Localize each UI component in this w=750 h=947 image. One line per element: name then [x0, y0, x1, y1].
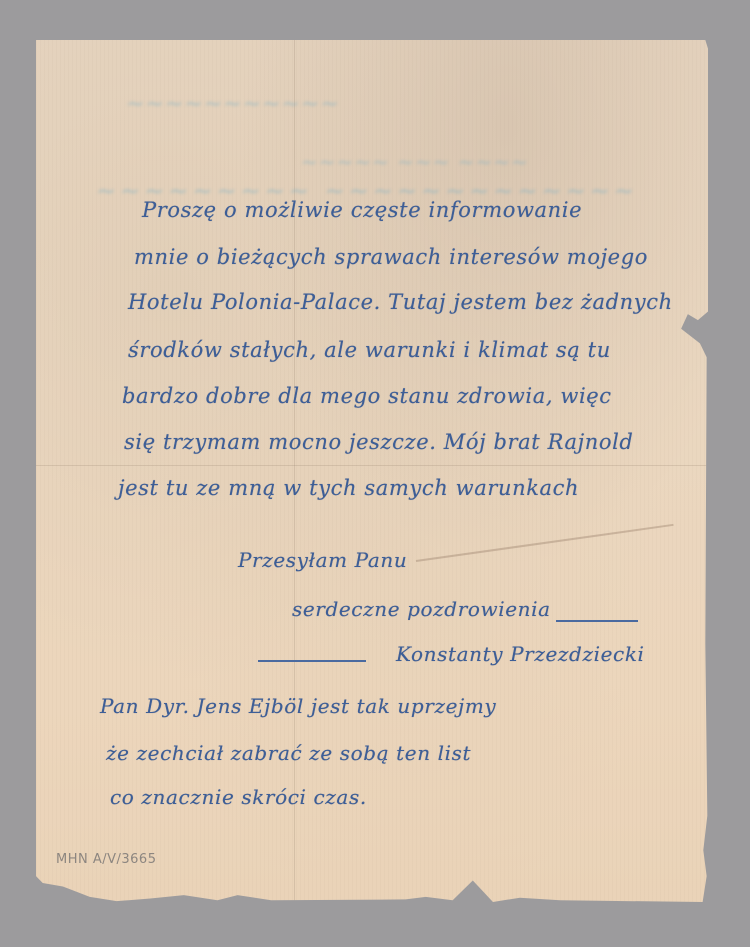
bleed-through-text: ~~~~~ ~~~ ~~~~ — [301, 150, 529, 174]
vertical-fold-line — [294, 40, 295, 902]
closing-regards: serdeczne pozdrowienia — [292, 597, 551, 621]
paper-crease — [416, 524, 674, 562]
letter-body-line: jest tu ze mną w tych samych warunkach — [118, 476, 579, 500]
letter-body-line: środków stałych, ale warunki i klimat są… — [128, 338, 611, 362]
signature: Konstanty Przezdziecki — [396, 642, 645, 666]
horizontal-fold-line — [36, 465, 708, 466]
postscript-line: Pan Dyr. Jens Ejböl jest tak uprzejmy — [100, 694, 496, 718]
postscript-line: że zechciał zabrać ze sobą ten list — [106, 741, 471, 765]
postscript-line: co znacznie skróci czas. — [110, 785, 367, 809]
letter-body-line: bardzo dobre dla mego stanu zdrowia, wię… — [122, 384, 612, 408]
letter-body-line: Proszę o możliwie częste informowanie — [142, 198, 582, 222]
closing-greeting: Przesyłam Panu — [238, 548, 407, 572]
letter-body-line: mnie o bieżących sprawach interesów moje… — [134, 245, 648, 269]
archive-inventory-mark: MHN A/V/3665 — [56, 852, 156, 867]
letter-body-line: się trzymam mocno jeszcze. Mój brat Rajn… — [124, 430, 633, 454]
underline-flourish — [556, 620, 638, 622]
letter-paper: ~~~~~~~~~~~ ~~~~~ ~~~ ~~~~ ~~~~~~~~~ ~~~… — [36, 40, 708, 902]
bleed-through-text: ~~~~~~~~~~~ — [126, 92, 340, 117]
letter-body-line: Hotelu Polonia-Palace. Tutaj jestem bez … — [128, 290, 673, 314]
signature-dash — [258, 660, 366, 662]
